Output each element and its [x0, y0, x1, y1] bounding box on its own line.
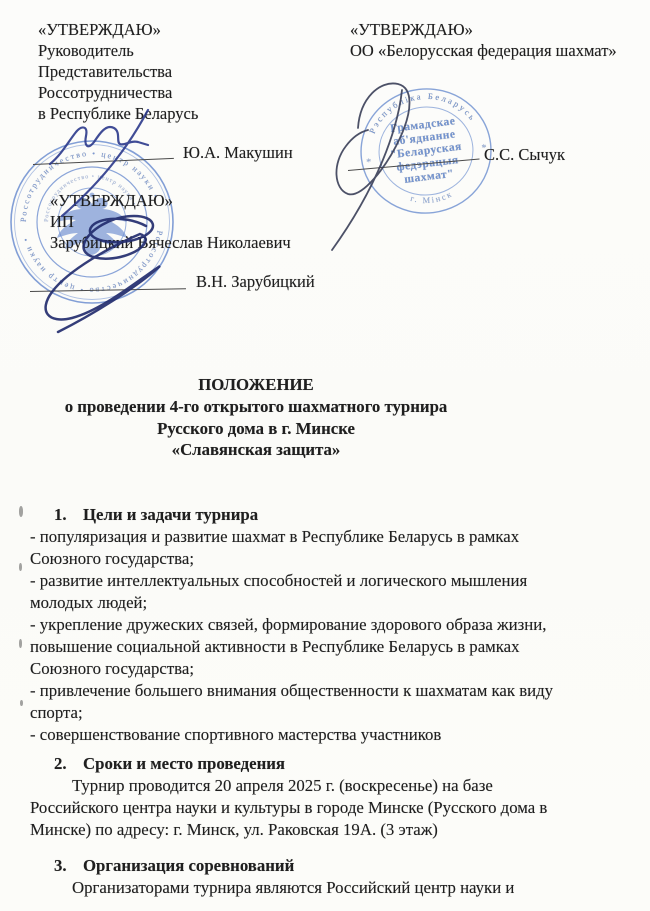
text-line: Союзного государства; [30, 548, 635, 570]
document-body: 1.Цели и задачи турнира - популяризация … [30, 504, 635, 899]
signer-name-zarubitsky: В.Н. Зарубицкий [196, 272, 315, 292]
approval-line: Представительства [38, 61, 198, 82]
signer-name-sychuk: С.С. Сычук [484, 145, 565, 165]
scan-speck [19, 639, 22, 648]
text-line: - привлечение большего внимания обществе… [30, 680, 635, 702]
approval-block-right: «УТВЕРЖДАЮ» ОО «Белорусская федерация ша… [350, 19, 617, 61]
section-number: 3. [54, 855, 83, 877]
text-line: - совершенствование спортивного мастерст… [30, 724, 635, 746]
title-line: ПОЛОЖЕНИЕ [30, 374, 482, 396]
section-heading-1: 1.Цели и задачи турнира [30, 504, 635, 526]
text-line: Минске) по адресу: г. Минск, ул. Раковск… [30, 819, 635, 841]
text-line: Организаторами турнира являются Российск… [30, 877, 635, 899]
scan-speck [19, 563, 22, 571]
section-heading-3: 3.Организация соревнований [30, 855, 635, 877]
text-line: повышение социальной активности в Респуб… [30, 636, 635, 658]
section-number: 2. [54, 753, 83, 775]
document-title: ПОЛОЖЕНИЕ о проведении 4-го открытого ша… [30, 374, 482, 461]
zarubitsky-signature [28, 208, 203, 343]
text-line: Союзного государства; [30, 658, 635, 680]
section-title: Цели и задачи турнира [83, 505, 258, 524]
title-line: «Славянская защита» [30, 439, 482, 461]
sychuk-signature [318, 68, 433, 263]
title-line: Русского дома в г. Минске [30, 418, 482, 440]
section-title: Сроки и место проведения [83, 754, 285, 773]
signer-name-makushin: Ю.А. Макушин [183, 143, 293, 163]
approval-title: «УТВЕРЖДАЮ» [38, 19, 198, 40]
scan-speck [20, 700, 23, 706]
text-line: - развитие интеллектуальных способностей… [30, 570, 635, 592]
section-number: 1. [54, 504, 83, 526]
text-line: молодых людей; [30, 592, 635, 614]
document-page: Россотрудничество • центр науки • Россот… [0, 0, 650, 911]
title-line: о проведении 4-го открытого шахматного т… [30, 396, 482, 418]
text-line: Российского центра науки и культуры в го… [30, 797, 635, 819]
scan-speck [19, 506, 23, 517]
text-line: спорта; [30, 702, 635, 724]
approval-title: «УТВЕРЖДАЮ» [350, 19, 617, 40]
section-heading-2: 2.Сроки и место проведения [30, 753, 635, 775]
approval-line: Руководитель [38, 40, 198, 61]
text-line: - укрепление дружеских связей, формирова… [30, 614, 635, 636]
section-title: Организация соревнований [83, 856, 294, 875]
text-line: Турнир проводится 20 апреля 2025 г. (вос… [30, 775, 635, 797]
text-line: - популяризация и развитие шахмат в Респ… [30, 526, 635, 548]
approval-org: ОО «Белорусская федерация шахмат» [350, 40, 617, 61]
